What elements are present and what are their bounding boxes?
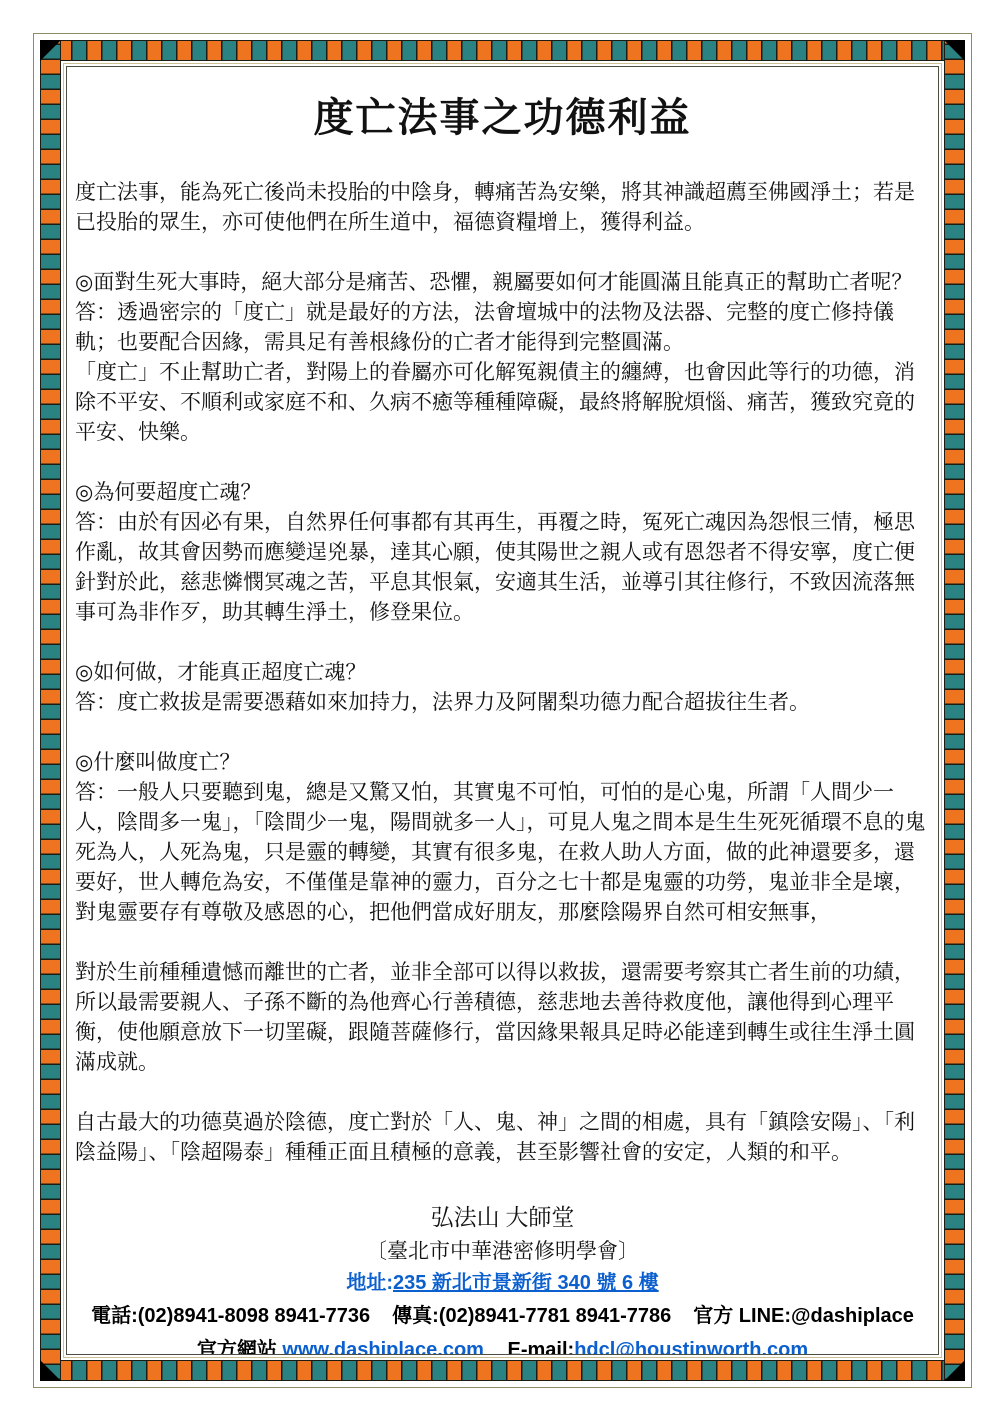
paragraph-intro: 度亡法事，能為死亡後尚未投胎的中陰身，轉痛苦為安樂，將其神識超薦至佛國淨土；若是…: [75, 177, 930, 237]
checkered-border-left: [40, 40, 61, 1381]
phone-number: 電話:(02)8941-8098 8941-7736: [91, 1305, 370, 1327]
email-label: E-mail:: [508, 1339, 575, 1355]
address-label: 地址:: [346, 1272, 393, 1294]
paragraph-qa-what: ◎什麼叫做度亡？ 答：一般人只要聽到鬼，總是又驚又怕，其實鬼不可怕，可怕的是心鬼…: [75, 747, 930, 927]
line-account: 官方 LINE:@dashiplace: [693, 1305, 914, 1327]
paragraph-merit: 自古最大的功德莫過於陰德，度亡對於「人、鬼、神」之間的相處，具有「鎮陰安陽」、「…: [75, 1107, 930, 1167]
document-content: 度亡法事之功德利益 度亡法事，能為死亡後尚未投胎的中陰身，轉痛苦為安樂，將其神識…: [66, 66, 939, 1355]
address-link[interactable]: 235 新北市景新街 340 號 6 樓: [393, 1272, 659, 1294]
paragraph-qa-helping: ◎面對生死大事時，絕大部分是痛苦、恐懼，親屬要如何才能圓滿且能真正的幫助亡者呢？…: [75, 267, 930, 447]
checkered-border-bottom: [40, 1360, 965, 1381]
paragraph-regrets: 對於生前種種遺憾而離世的亡者，並非全部可以得以救拔，還需要考察其亡者生前的功績，…: [75, 957, 930, 1077]
fax-number: 傳真:(02)8941-7781 8941-7786: [392, 1305, 671, 1327]
organization-name: 弘法山 大師堂: [75, 1201, 930, 1235]
email-link[interactable]: hdcl@houstinworth.com: [574, 1339, 808, 1355]
web-contact-line: 官方網站 www.dashiplace.com E-mail:hdcl@hous…: [75, 1333, 930, 1355]
organization-subtitle: 〔臺北市中華港密修明學會〕: [75, 1235, 930, 1267]
contact-line: 電話:(02)8941-8098 8941-7736傳真:(02)8941-77…: [75, 1299, 930, 1333]
paragraph-qa-how: ◎如何做，才能真正超度亡魂？ 答：度亡救拔是需要憑藉如來加持力，法界力及阿闍梨功…: [75, 657, 930, 717]
paragraph-qa-why: ◎為何要超度亡魂？ 答：由於有因必有果，自然界任何事都有其再生，再覆之時，冤死亡…: [75, 477, 930, 627]
footer: 弘法山 大師堂 〔臺北市中華港密修明學會〕 地址:235 新北市景新街 340 …: [75, 1201, 930, 1355]
website-label: 官方網站: [197, 1339, 277, 1355]
checkered-border-right: [944, 40, 965, 1381]
website-link[interactable]: www.dashiplace.com: [282, 1339, 484, 1355]
address-line: 地址:235 新北市景新街 340 號 6 樓: [75, 1267, 930, 1299]
page-title: 度亡法事之功德利益: [75, 93, 930, 143]
checkered-border-top: [40, 40, 965, 61]
